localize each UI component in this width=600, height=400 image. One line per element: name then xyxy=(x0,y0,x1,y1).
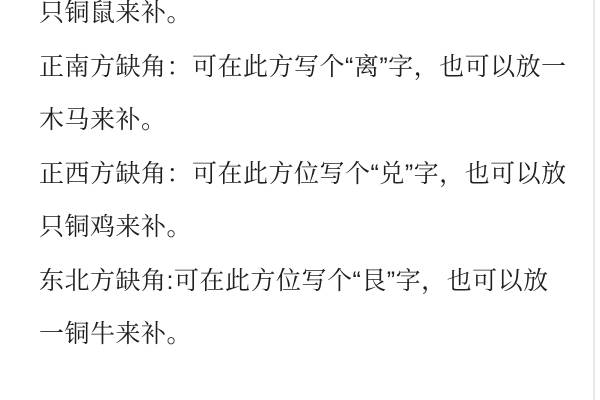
text-line: 只铜鸡来补。 xyxy=(39,201,600,255)
article-page: 只铜鼠来补。 正南方缺角：可在此方写个“离”字，也可以放一 木马来补。 正西方缺… xyxy=(0,0,600,400)
text-line: 正南方缺角：可在此方写个“离”字，也可以放一 xyxy=(39,41,600,95)
article-text: 只铜鼠来补。 正南方缺角：可在此方写个“离”字，也可以放一 木马来补。 正西方缺… xyxy=(39,0,600,362)
text-line: 木马来补。 xyxy=(39,94,600,148)
text-line: 只铜鼠来补。 xyxy=(39,0,600,41)
right-edge-divider xyxy=(593,0,595,400)
text-line: 一铜牛来补。 xyxy=(39,308,600,362)
text-line: 东北方缺角:可在此方位写个“艮”字，也可以放 xyxy=(39,255,600,309)
text-line: 正西方缺角：可在此方位写个“兑”字，也可以放 xyxy=(39,148,600,202)
